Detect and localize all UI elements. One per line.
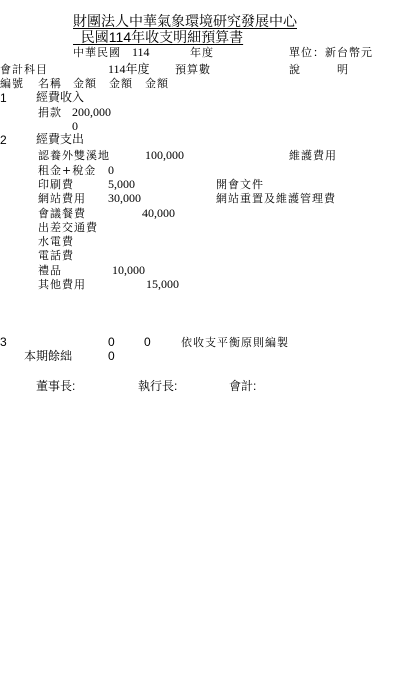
item-amount: 100,000 [145, 149, 184, 161]
col-amount-1: 金額 [73, 78, 97, 89]
item-remark: 維護費用 [289, 150, 337, 161]
doc-title-text: 民國114年收支明細預算書 [81, 29, 243, 45]
item-amount: 15,000 [146, 278, 179, 290]
item-name: 租金+稅金 [38, 165, 96, 176]
item-amount: 5,000 [108, 178, 135, 190]
item-remark: 網站重置及維護管理費 [216, 193, 336, 204]
budget-year-text: 114年度 [108, 62, 150, 76]
col-code: 編號 [0, 78, 24, 89]
total-remark: 依收支平衡原則編製 [181, 337, 289, 348]
item-name: 其他費用 [38, 279, 86, 290]
item-name: 出差交通費 [38, 222, 98, 233]
currency-unit: 單位：新台幣元 [289, 47, 373, 58]
doc-title: 民國114年收支明細預算書 [73, 30, 243, 44]
col-budget-year: 114年度 [108, 63, 150, 75]
item-name: 捐款 [38, 107, 62, 118]
total-amount-1: 0 [108, 336, 115, 348]
col-name: 名稱 [38, 78, 62, 89]
signature-ceo: 執行長: [138, 380, 177, 392]
income-subtotal: 0 [72, 120, 78, 132]
item-name: 禮品 [38, 265, 62, 276]
item-amount: 10,000 [112, 264, 145, 276]
year-suffix: 年度 [190, 47, 214, 58]
org-title: 財團法人中華氣象環境研究發展中心 [73, 14, 297, 28]
col-amount-2: 金額 [109, 78, 133, 89]
col-account: 會計科目 [0, 64, 48, 75]
col-remark: 說 明 [289, 64, 349, 75]
balance-value: 0 [108, 350, 115, 362]
item-amount: 30,000 [108, 192, 141, 204]
col-amount-3: 金額 [145, 78, 169, 89]
item-amount: 40,000 [142, 207, 175, 219]
section-code: 1 [0, 92, 7, 104]
year-value: 114 [132, 46, 150, 58]
item-amount: 0 [108, 164, 114, 176]
total-amount-2: 0 [144, 336, 151, 348]
item-remark: 開會文件 [216, 179, 264, 190]
section-name: 經費收入 [36, 91, 84, 103]
section-name: 經費支出 [36, 133, 84, 145]
item-name: 認養外雙溪地 [38, 150, 110, 161]
item-name: 網站費用 [38, 193, 86, 204]
col-budget-amount: 預算數 [175, 64, 211, 75]
signature-accountant: 會計: [229, 380, 256, 392]
item-name: 印刷費 [38, 179, 74, 190]
roc-label: 中華民國 [73, 47, 121, 58]
signature-chairman: 董事長: [36, 380, 75, 392]
item-amount: 200,000 [72, 106, 111, 118]
item-name: 會議餐費 [38, 208, 86, 219]
section-code: 3 [0, 336, 7, 348]
balance-label: 本期餘絀 [24, 350, 72, 362]
section-code: 2 [0, 134, 7, 146]
item-name: 電話費 [38, 250, 74, 261]
item-name: 水電費 [38, 236, 74, 247]
